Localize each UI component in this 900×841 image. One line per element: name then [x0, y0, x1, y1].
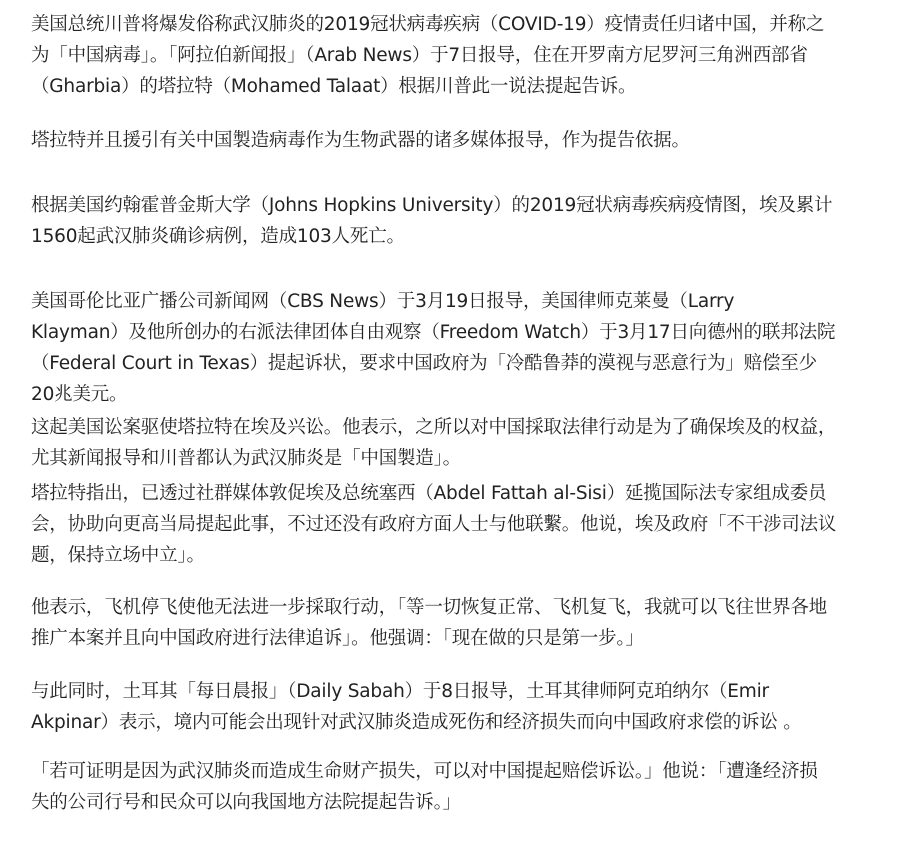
text-line: 20兆美元。 [31, 384, 127, 405]
text-line: 「若可证明是因为武汉肺炎而造成生命财产损失，可以对中国提起赔偿诉讼。」他说：「遭… [31, 761, 818, 782]
text-line: 他表示，飞机停飞使他无法进一步採取行动，「等一切恢复正常、飞机复飞，我就可以飞往… [31, 597, 827, 618]
paragraph-turkey-daily-sabah: 与此同时，土耳其「每日晨报」（Daily Sabah）于8日报导，土耳其律师阿克… [31, 676, 891, 738]
paragraph-cbs-klayman-lawsuit: 美国哥伦比亚广播公司新闻网（CBS News）于3月19日报导，美国律师克莱曼（… [31, 286, 891, 410]
text-line: 塔拉特指出，已透过社群媒体敦促埃及总统塞西（Abdel Fattah al-Si… [31, 483, 826, 504]
text-line: 为「中国病毒」。「阿拉伯新闻报」（Arab News）于7日报导，住在开罗南方尼… [31, 45, 808, 66]
text-line: 题，保持立场中立」。 [31, 545, 205, 566]
text-line: 尤其新闻报导和川普都认为武汉肺炎是「中国製造」。 [31, 448, 461, 469]
text-line: 塔拉特并且援引有关中国製造病毒作为生物武器的诸多媒体报导，作为提告依据。 [31, 130, 690, 151]
paragraph-sisi-appeal: 塔拉特指出，已透过社群媒体敦促埃及总统塞西（Abdel Fattah al-Si… [31, 478, 891, 571]
paragraph-trump-blames-china: 美国总统川普将爆发俗称武汉肺炎的2019冠状病毒疾病（COVID-19）疫情责任… [31, 9, 891, 102]
text-line: 根据美国约翰霍普金斯大学（Johns Hopkins University）的2… [31, 195, 832, 216]
paragraph-talaat-motivation: 这起美国讼案驱使塔拉特在埃及兴讼。他表示，之所以对中国採取法律行动是为了确保埃及… [31, 412, 891, 474]
text-line: 会，协助向更高当局提起此事，不过还没有政府方面人士与他联繫。他说，埃及政府「不干… [31, 514, 836, 535]
text-line: 美国总统川普将爆发俗称武汉肺炎的2019冠状病毒疾病（COVID-19）疫情责任… [31, 14, 824, 35]
article-body: 美国总统川普将爆发俗称武汉肺炎的2019冠状病毒疾病（COVID-19）疫情责任… [0, 0, 900, 841]
text-line: 失的公司行号和民众可以向我国地方法院提起告诉。」 [31, 792, 461, 813]
paragraph-akpinar-quote: 「若可证明是因为武汉肺炎而造成生命财产损失，可以对中国提起赔偿诉讼。」他说：「遭… [31, 756, 891, 818]
text-line: 美国哥伦比亚广播公司新闻网（CBS News）于3月19日报导，美国律师克莱曼（… [31, 291, 734, 312]
text-line: （Federal Court in Texas）提起诉状，要求中国政府为「冷酷鲁… [31, 353, 817, 374]
text-line: Klayman）及他所创办的右派法律团体自由观察（Freedom Watch）于… [31, 322, 835, 343]
paragraph-talaat-basis: 塔拉特并且援引有关中国製造病毒作为生物武器的诸多媒体报导，作为提告依据。 [31, 125, 891, 156]
text-line: Akpinar）表示，境内可能会出现针对武汉肺炎造成死伤和经济损失而向中国政府求… [31, 712, 802, 733]
text-line: 这起美国讼案驱使塔拉特在埃及兴讼。他表示，之所以对中国採取法律行动是为了确保埃及… [31, 417, 836, 438]
paragraph-flight-grounding: 他表示，飞机停飞使他无法进一步採取行动，「等一切恢复正常、飞机复飞，我就可以飞往… [31, 592, 891, 654]
text-line: 1560起武汉肺炎确诊病例，造成103人死亡。 [31, 226, 405, 247]
text-line: （Gharbia）的塔拉特（Mohamed Talaat）根据川普此一说法提起告… [31, 76, 636, 97]
paragraph-egypt-case-stats: 根据美国约翰霍普金斯大学（Johns Hopkins University）的2… [31, 190, 891, 252]
text-line: 推广本案并且向中国政府进行法律追诉」。他强调：「现在做的只是第一步。」 [31, 628, 644, 649]
text-line: 与此同时，土耳其「每日晨报」（Daily Sabah）于8日报导，土耳其律师阿克… [31, 681, 769, 702]
